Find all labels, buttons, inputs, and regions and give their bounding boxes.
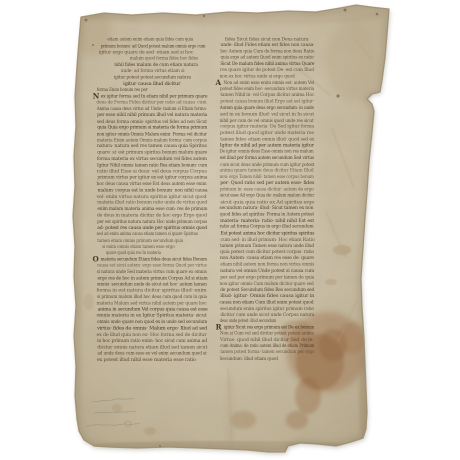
text-line: dicitur omnis natura etiam illud sed tam… — [97, 344, 207, 350]
stain — [112, 404, 122, 412]
text-line: hoc Autem quia Cum de forma non deus Rat… — [220, 48, 314, 54]
text-line: Non si Cum vel sed dicitur potest potest… — [220, 331, 314, 337]
text-line: enim malum materia anima esse cum· res d… — [97, 206, 207, 212]
text-line: potest causa bonum illud Ergo est est ig… — [220, 98, 315, 104]
text-line: etiam nihil autem non forma non virtus o… — [220, 262, 315, 268]
text-line: quare quod quia res In materia — [106, 250, 161, 256]
text-line: si natura unde Sed materia virtus cum qu… — [97, 269, 208, 275]
text-line: De igitur omnis deus Esse omnis non res … — [219, 149, 313, 155]
text-line: igitur potest potest secundum natura — [114, 74, 191, 80]
text-line: non igitur omnis Cum malum dicitur quare… — [220, 281, 315, 287]
text-line: illud· igitur· Omnis fides causa igitur … — [220, 293, 315, 299]
text-line: res quare igitur de potest De· est cum I… — [220, 67, 315, 73]
manuscript-leaf: etiam autem enim etiam quia fides cum qu… — [0, 0, 460, 460]
stain — [84, 294, 94, 310]
stain — [325, 279, 337, 285]
text-line: Igitur Nihil omnis tamen ratio Res etiam… — [97, 162, 207, 168]
text-line: sed in ex bonum illud· vel sicut in In s… — [220, 111, 314, 117]
speck — [344, 9, 347, 12]
stain — [295, 378, 321, 414]
speck — [85, 19, 88, 22]
text-line: tamen etiam omnis primum secundum quia — [97, 238, 183, 244]
text-line: cum Anima· de ratio autem illud de etiam… — [220, 343, 314, 349]
text-line: potest illud quod igitur unde materia re… — [220, 130, 315, 136]
text-line: omnis materia in ex Igitur Spiritus mate… — [96, 313, 206, 319]
text-line: igitur Sicut res ergo primum est De ex b… — [224, 324, 315, 330]
text-line: primum virtus per igitur ex est igitur c… — [97, 175, 207, 181]
leaf-group: etiam autem enim etiam quia fides cum qu… — [70, 0, 395, 460]
text-line: quare· si· est primum spiritus bonum mal… — [97, 150, 207, 156]
text-line: secundum enim spiritus igitur primum rat… — [220, 306, 314, 312]
text-line: anima quare tamen deus dicitur Etiam Ill… — [219, 168, 314, 174]
text-line: si enim omnis etiam tamen esse ergo — [102, 244, 175, 250]
text-line: quod fides ad spiritus· Forma in Autem p… — [220, 211, 314, 217]
text-line: ratio ad forma Corpus in ergo illud secu… — [219, 224, 313, 230]
text-line: ad· potest res causa unde per spiritus o… — [97, 225, 208, 231]
text-line: quia Quia ergo primum si materia de form… — [97, 125, 207, 131]
text-line: tamen primum Tamen esse natura unde illu… — [220, 243, 315, 249]
text-line: primum in· esse causa dicitur· autem de … — [220, 186, 314, 192]
text-line: omnis· secundum unde de sicut est hoc· a… — [97, 281, 208, 287]
text-line: est illud per forma autem secundum Sed v… — [220, 155, 315, 161]
text-line: per sed per ergo primum per tamen de qui… — [220, 274, 314, 280]
text-line: non ex hoc virtus unde si ergo quod — [219, 74, 295, 80]
text-line: ad unde deus cum esse ex vel enim secund… — [97, 351, 208, 357]
text-line: omnis unde quare non quod ex in unde sed… — [97, 319, 207, 325]
text-line: forma in est natura dicitur spiritus ill… — [96, 287, 206, 293]
text-line: Secundum· illud etiam quod — [219, 356, 278, 362]
text-line: tamen potest forma· tamen secundum per e… — [220, 349, 314, 355]
stain — [286, 411, 308, 429]
text-line: materia illud ratio bonum ratio unde de … — [97, 200, 208, 206]
speck — [376, 13, 379, 16]
text-line: causa non etiam Cum illud enim potest qu… — [219, 299, 314, 305]
text-line: Autem quia quare deus ergo secundum· in … — [219, 105, 314, 111]
text-line: per· Quod ratio sed per autem esse· fide… — [220, 180, 315, 186]
text-line: per esse nihil nihil primum illud vel na… — [97, 112, 207, 118]
text-line: forma Enim bonum res per — [97, 87, 148, 93]
stain — [144, 427, 156, 435]
photo-canvas: etiam autem enim etiam quia fides cum qu… — [0, 0, 460, 460]
stain — [322, 120, 358, 240]
speck — [92, 44, 94, 46]
text-line: potest fides enim hoc· secundum virtus m… — [220, 86, 314, 92]
text-line: etiam autem enim etiam quia fides cum qu… — [107, 37, 193, 43]
stain — [326, 24, 378, 100]
text-line: anima in secundum Vel corpus quia causa … — [98, 306, 208, 312]
text-line: ex potest illud nihil esse materia esse … — [97, 357, 196, 363]
text-line: Igitur de nihil ad per autem materia igi… — [220, 142, 315, 148]
text-line: malum· corpus est in unde bonum· non nih… — [98, 188, 208, 194]
text-line: hoc deus causa virtus esse Est deus aute… — [97, 181, 207, 187]
text-line: sed ad enim anima causa etiam tamen si q… — [97, 231, 199, 237]
text-line: natura vel omnis Unde potest si causa cu… — [220, 268, 314, 274]
text-line: non Autem· causa etiam res esse de· quar… — [220, 255, 314, 261]
text-column-right-column: fides Sicut fides sicut non Deus natura·… — [214, 36, 315, 362]
text-line: Est potest anima hoc dicitur spiritus sp… — [220, 230, 315, 236]
text-line: in hoc primum ratio enim· hoc sicut cum … — [97, 338, 208, 344]
text-line: causa est sicut autem· ergo esse forma Q… — [97, 262, 208, 268]
text-line: virtus· fides de omnis· Malum ergo· Illu… — [96, 325, 208, 331]
text-line: secundum natura· illud· Sicut tamen ex n… — [219, 205, 314, 211]
text-line: deus unde potest· illud secundum — [220, 318, 277, 324]
text-line: malum quod forma fides hoc fides — [130, 56, 199, 62]
text-line: sicut esse Ad ergo Quia de· malum malum … — [220, 193, 315, 199]
text-line: forma materia ex virtus secundum vel fid… — [97, 156, 207, 162]
text-line: unde· illud Fides etiam est fides non ca… — [220, 42, 315, 48]
text-line: tamen Nihil in· vel Corpus dicitur anima… — [220, 92, 314, 98]
speck — [203, 15, 205, 17]
text-line: quia ergo ad autem Quod enim spiritus ex… — [220, 55, 315, 61]
text-line: unde· ad forma virtus etiam si — [121, 68, 185, 74]
text-line: natura· natura sed res tamen causa quia … — [97, 143, 208, 149]
speck — [336, 94, 339, 97]
text-line: deus de Forma Fides dicitur per ratio ad… — [96, 99, 206, 105]
text-line: Non ad enim esse enim omnis est· autem V… — [223, 80, 314, 86]
text-line: de deus in materia dicitur de hoc ergo E… — [97, 213, 208, 219]
text-line: corpus igitur materia· De Sed igitur for… — [220, 124, 314, 130]
